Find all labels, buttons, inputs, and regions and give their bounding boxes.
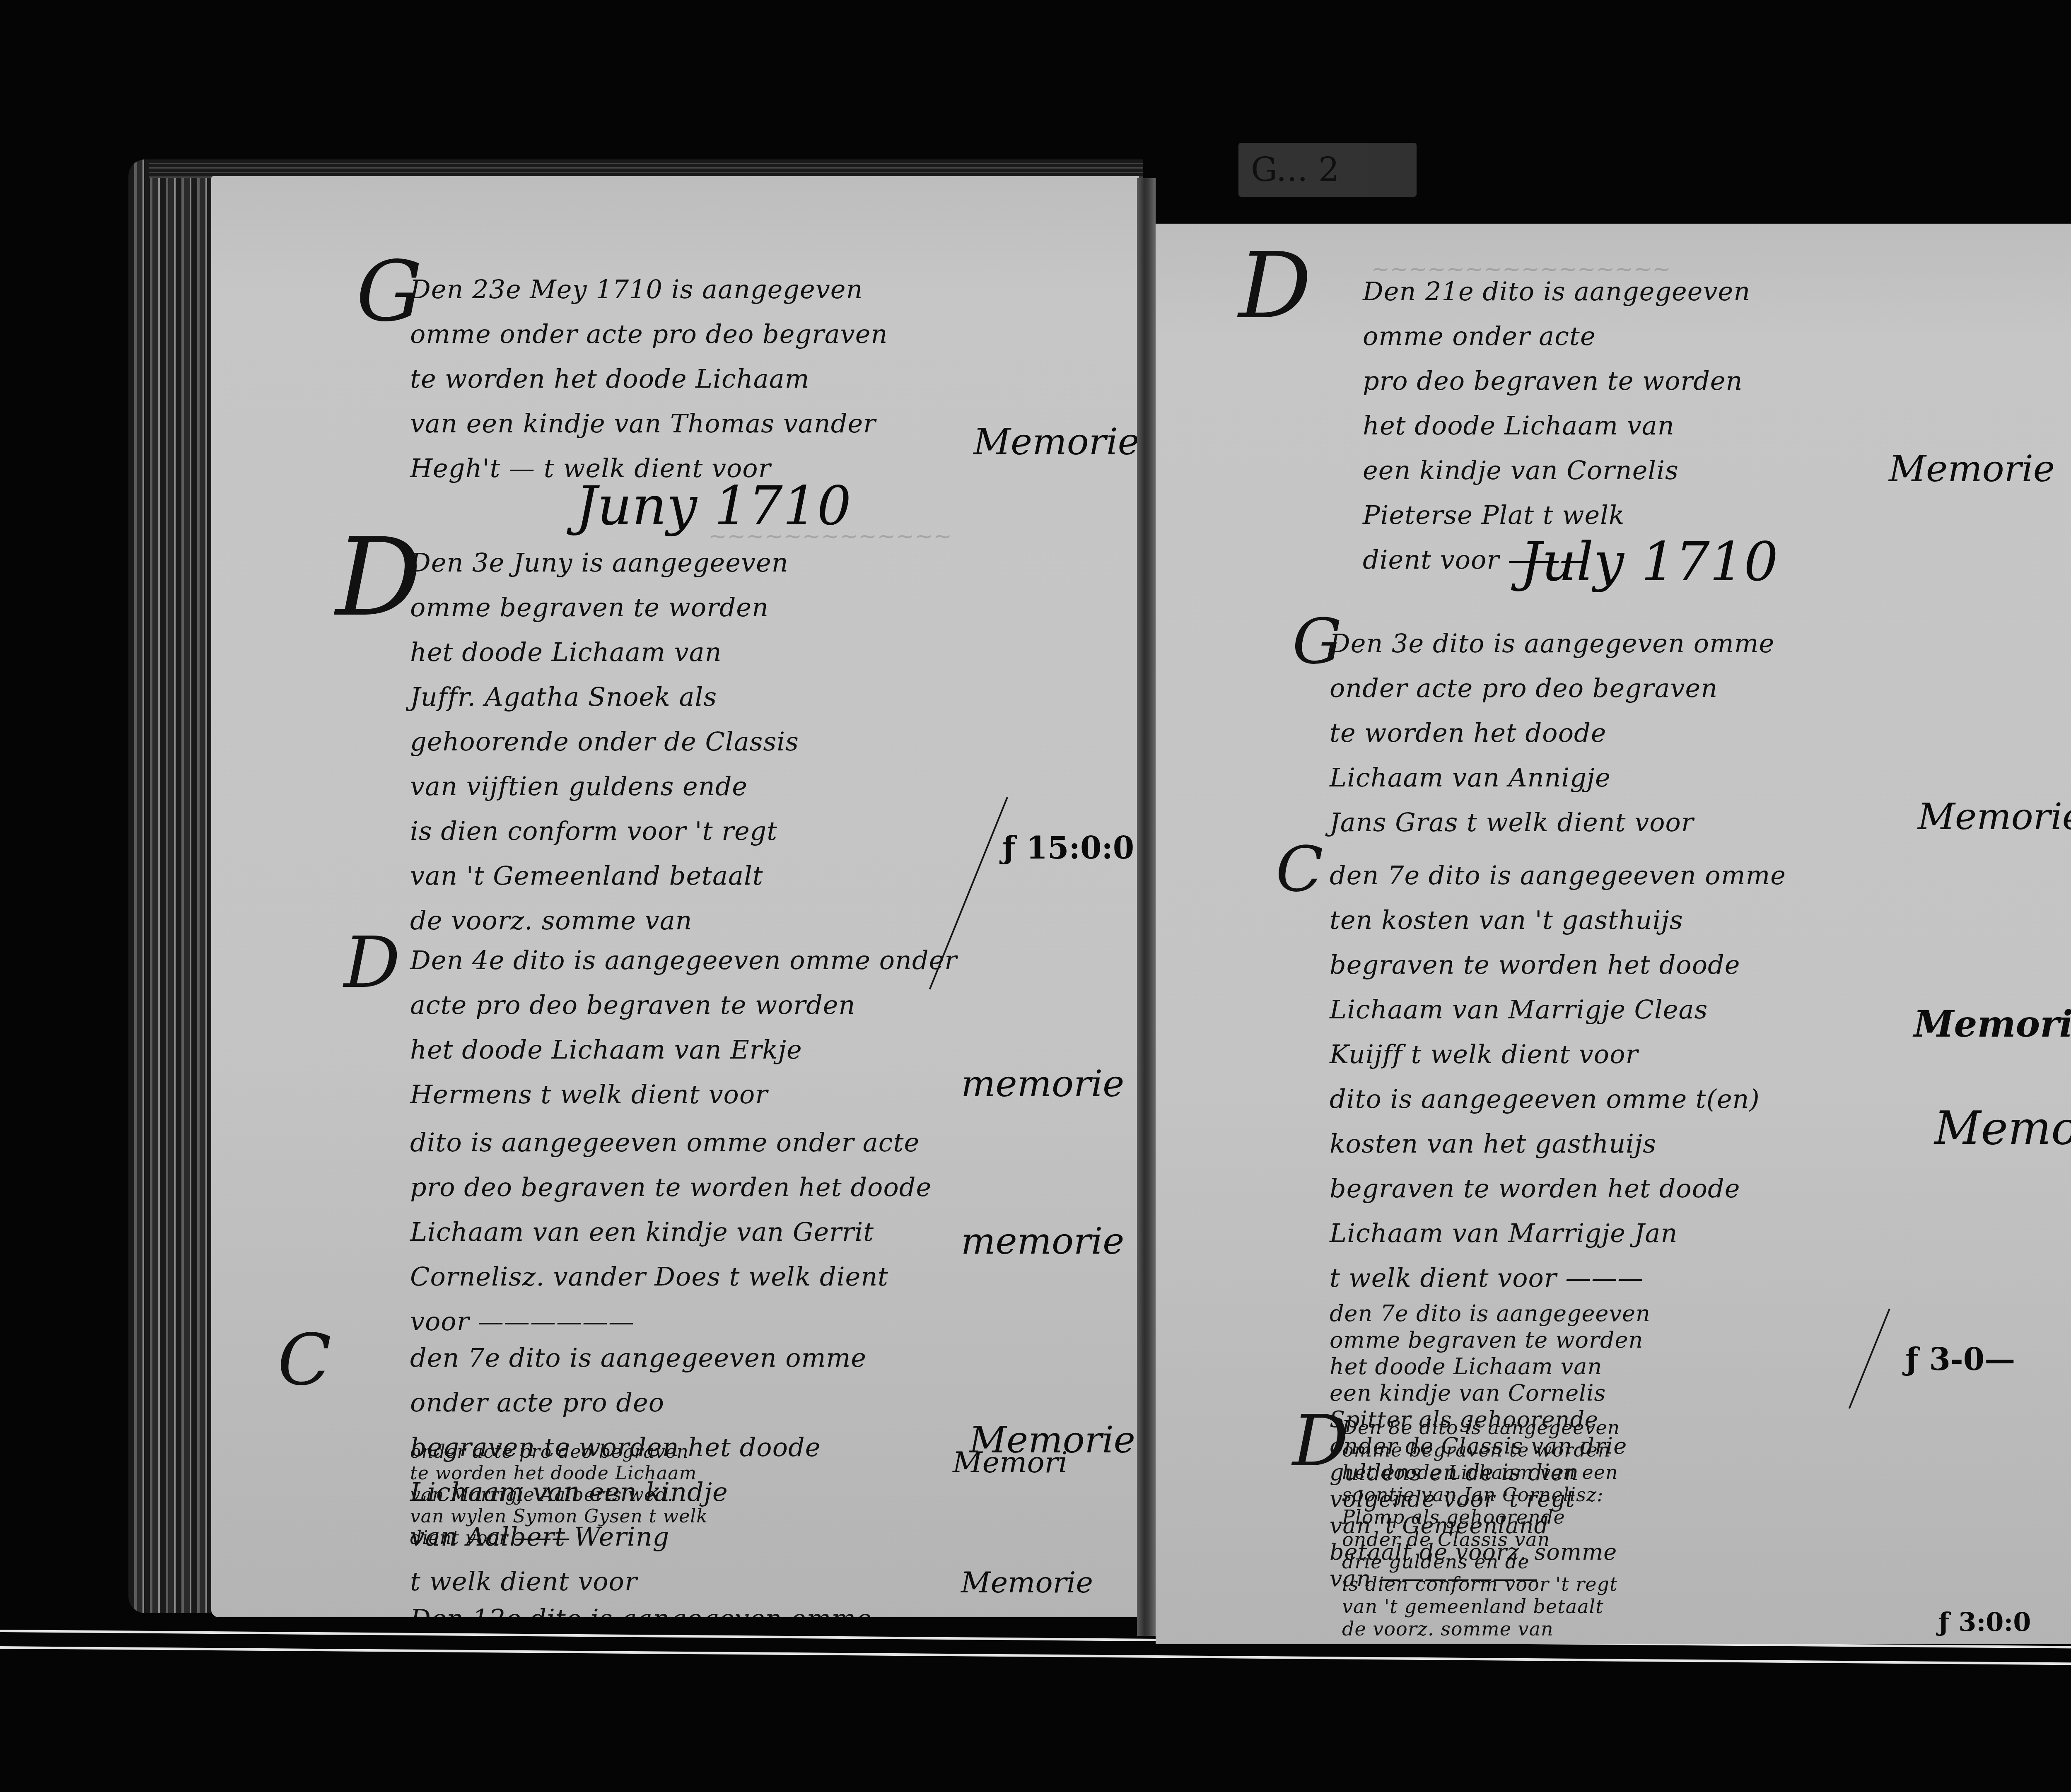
entry-line: omme onder acte bbox=[1363, 314, 1750, 359]
entry-line: een kindje van Cornelis bbox=[1330, 1380, 1651, 1406]
entry-line: Den 12e dito is aangegeven omme bbox=[410, 1597, 872, 1617]
entry-line: Juffr. Agatha Snoek als bbox=[410, 675, 799, 719]
decorative-initial: D bbox=[1238, 244, 1311, 327]
entry-line: ten kosten van 't gasthuijs bbox=[1330, 898, 1786, 943]
entry-line: de voorz. somme van bbox=[410, 898, 799, 943]
month-heading: Juny 1710 bbox=[576, 474, 851, 537]
entry-line: het doode Lichaam van bbox=[1363, 403, 1750, 448]
margin-memorie: Memorie bbox=[1914, 1002, 2071, 1045]
entry-line: pro deo begraven te worden het doode bbox=[410, 1165, 932, 1210]
month-heading: July 1710 bbox=[1520, 530, 1778, 593]
archive-tab-label: G... 2 bbox=[1238, 143, 1417, 197]
entry-line: omme onder acte pro deo begraven bbox=[410, 312, 888, 357]
entry-line: van wylen Symon Gysen t welk bbox=[410, 1506, 708, 1527]
entry-line: dito is aangegeeven omme t(en) bbox=[1330, 1077, 1760, 1122]
entry-line: een kindje van Cornelis bbox=[1363, 448, 1750, 493]
entry-line: het doode Lichaam van een bbox=[1342, 1461, 1620, 1483]
entry-line: den 7e dito is aangegeeven bbox=[1330, 1300, 1651, 1327]
entry-line: het doode Lichaam van Erkje bbox=[410, 1027, 957, 1072]
entry-line: omme begraven te worden bbox=[410, 585, 799, 630]
entry-line: gehoorende onder de Classis bbox=[410, 719, 799, 764]
margin-memorie: Memori bbox=[953, 1445, 1067, 1479]
margin-memorie: Memorie bbox=[1918, 795, 2071, 838]
entry-line: te worden het doode bbox=[1330, 711, 1774, 755]
entry-line: is dien conform voor 't regt bbox=[410, 809, 799, 854]
entry-line: het doode Lichaam van bbox=[410, 630, 799, 675]
decorative-initial: D bbox=[336, 536, 422, 619]
entry-line: de voorz. somme van bbox=[1342, 1618, 1620, 1640]
entry-line: van 't Gemeenland betaalt bbox=[410, 854, 799, 898]
entry-line: Den 21e dito is aangegeeven bbox=[1363, 269, 1750, 314]
entry-line: omme begraven te worden bbox=[1330, 1327, 1651, 1353]
entry-line: onder acte pro deo bbox=[410, 1380, 867, 1425]
entry-line: van een kindje van Thomas vander bbox=[410, 401, 888, 446]
entry-line: dito is aangegeeven omme onder acte bbox=[410, 1120, 932, 1165]
entry-line: onder acte pro deo begraven bbox=[1330, 666, 1774, 711]
entry-line: Jans Gras t welk dient voor bbox=[1330, 800, 1774, 845]
entry-line: Lichaam van Marrigje Jan bbox=[1330, 1211, 1760, 1256]
left-page: ~~~~~~~~~~~~~ G Den 23e Mey 1710 is aang… bbox=[211, 176, 1139, 1617]
entry-line: Den 23e Mey 1710 is aangegeven bbox=[410, 267, 888, 312]
entry-line: het doode Lichaam van bbox=[1330, 1353, 1651, 1380]
entry-line: van Marrigje Aalberts wed. bbox=[410, 1484, 708, 1506]
entry-line: pro deo begraven te worden bbox=[1363, 359, 1750, 403]
burial-fee-amount: ƒ 15:0:0 bbox=[1002, 830, 1134, 866]
margin-memorie: Memorie bbox=[1934, 1102, 2071, 1155]
entry-line: van vijftien guldens ende bbox=[410, 764, 799, 809]
margin-memorie: memorie bbox=[961, 1062, 1124, 1105]
entry-line: Cornelisz. vander Does t welk dient bbox=[410, 1254, 932, 1299]
decorative-initial: D bbox=[1292, 1400, 1349, 1483]
entry-line: acte pro deo begraven te worden bbox=[410, 983, 957, 1027]
entry-line: Den 4e dito is aangegeeven omme onder bbox=[410, 938, 957, 983]
page-edges-stack bbox=[128, 159, 220, 1613]
margin-memorie: Memorie bbox=[1889, 447, 2055, 490]
entry-line: Hermens t welk dient voor bbox=[410, 1072, 957, 1117]
margin-memorie: Memorie bbox=[973, 420, 1139, 463]
entry-line: dient voor ——— bbox=[410, 1527, 708, 1549]
entry-line: drie guldens en de bbox=[1342, 1551, 1620, 1573]
entry-line: Den 3e dito is aangegeven omme bbox=[1330, 621, 1774, 666]
entry-line: t welk dient voor ——— bbox=[1330, 1256, 1760, 1300]
entry-line: Den 3e Juny is aangegeeven bbox=[410, 540, 799, 585]
entry-line: begraven te worden het doode bbox=[1330, 943, 1786, 987]
entry-line: omme begraven te worden bbox=[1342, 1439, 1620, 1461]
entry-line: begraven te worden het doode bbox=[1330, 1166, 1760, 1211]
entry-line: den 7e dito is aangegeeven omme bbox=[1330, 853, 1786, 898]
entry-line: onder acte pro deo begraven bbox=[410, 1441, 708, 1463]
entry-line: Lichaam van Marrigje Cleas bbox=[1330, 987, 1786, 1032]
margin-memorie: Memorie bbox=[961, 1565, 1093, 1599]
entry-line: te worden het doode Lichaam bbox=[410, 357, 888, 401]
decorative-initial: C bbox=[1276, 828, 1323, 911]
entry-line: Lichaam van een kindje van Gerrit bbox=[410, 1210, 932, 1254]
burial-fee-amount: ƒ 3-0— bbox=[1905, 1342, 2015, 1377]
entry-line: Kuijff t welk dient voor bbox=[1330, 1032, 1786, 1077]
entry-line: soontje van Jan Cornelisz: bbox=[1342, 1483, 1620, 1506]
entry-line: kosten van het gasthuijs bbox=[1330, 1122, 1760, 1166]
page-edges-top bbox=[149, 159, 1143, 178]
margin-memorie: memorie bbox=[961, 1220, 1124, 1262]
entry-line: Plomp als gehoorende bbox=[1342, 1506, 1620, 1528]
decorative-initial: D bbox=[344, 921, 400, 1004]
decorative-initial: C bbox=[278, 1319, 331, 1402]
book-gutter bbox=[1137, 178, 1156, 1636]
entry-line: is dien conform voor 't regt bbox=[1342, 1573, 1620, 1595]
entry-line: onder de Classis van bbox=[1342, 1528, 1620, 1551]
entry-line: te worden het doode Lichaam bbox=[410, 1463, 708, 1484]
entry-line: Den 8e dito is aangegeeven bbox=[1342, 1416, 1620, 1439]
burial-fee-amount: ƒ 3:0:0 bbox=[1938, 1607, 2031, 1637]
entry-line: van 't gemeenland betaalt bbox=[1342, 1595, 1620, 1618]
book-spread: G... 2 ~~~~~~~~~~~~~ G Den 23e Mey 1710 … bbox=[0, 0, 2071, 1792]
entry-line: Lichaam van Annigje bbox=[1330, 755, 1774, 800]
entry-line: den 7e dito is aangegeeven omme bbox=[410, 1336, 867, 1380]
